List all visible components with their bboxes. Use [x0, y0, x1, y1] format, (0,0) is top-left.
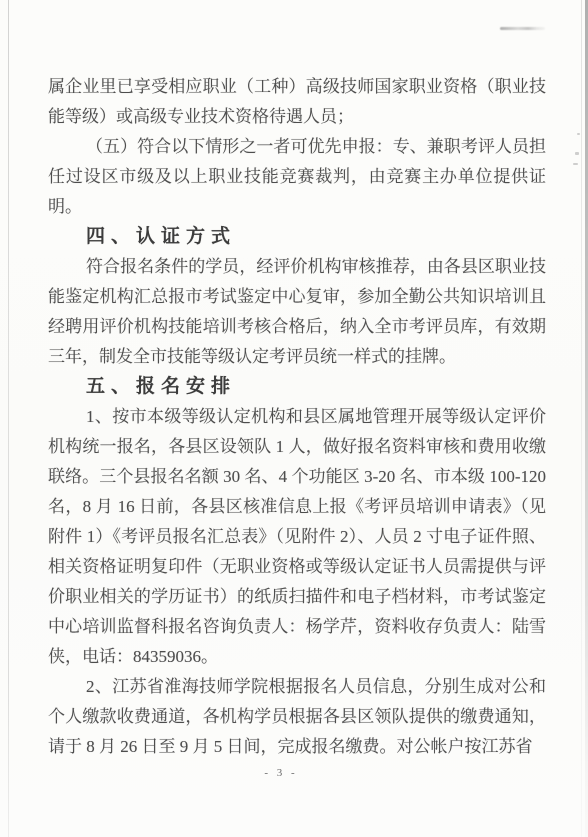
scan-artifact-speck [577, 133, 580, 135]
scan-artifact-left-edge-line [8, 0, 9, 837]
section-heading-certification-method: 四、认证方式 [48, 222, 546, 252]
scan-artifact-speck [575, 152, 579, 155]
paragraph-registration-2: 2、江苏省淮海技师学院根据报名人员信息，分别生成对公和个人缴款收费通道，各机构学… [48, 672, 546, 762]
document-page: 属企业里已享受相应职业（工种）高级技师国家职业资格（职业技能等级）或高级专业技术… [0, 0, 588, 837]
paragraph-continuation: 属企业里已享受相应职业（工种）高级技师国家职业资格（职业技能等级）或高级专业技术… [48, 72, 546, 132]
scan-artifact-speck [573, 163, 578, 165]
section-heading-registration-arrangement: 五、报名安排 [48, 372, 546, 402]
paragraph-registration-1: 1、按市本级等级认定机构和县区属地管理开展等级认定评价机构统一报名，各县区设领队… [48, 402, 546, 672]
scan-artifact-right-edge-line [581, 0, 582, 837]
page-number: - 3 - [32, 767, 530, 779]
document-body: 属企业里已享受相应职业（工种）高级技师国家职业资格（职业技能等级）或高级专业技术… [48, 72, 546, 762]
paragraph-certification-method: 符合报名条件的学员，经评价机构审核推荐，由各县区职业技能鉴定机构汇总报市考试鉴定… [48, 252, 546, 372]
scan-artifact-top-smudge [500, 27, 545, 30]
paragraph-item-five: （五）符合以下情形之一者可优先申报：专、兼职考评人员担任过设区市级及以上职业技能… [48, 132, 546, 222]
